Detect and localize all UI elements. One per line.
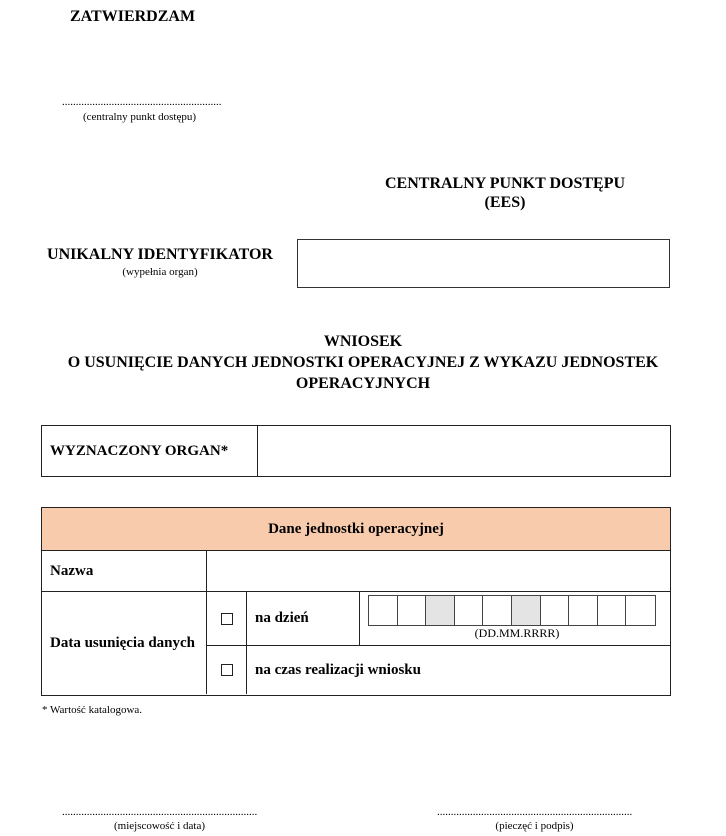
date-separator-box	[512, 596, 541, 625]
date-separator-box	[426, 596, 455, 625]
place-date-caption: (miejscowość i data)	[62, 820, 257, 832]
unit-name-row: Nazwa	[42, 551, 670, 592]
unique-id-label: UNIKALNY IDENTYFIKATOR	[40, 246, 280, 264]
date-digit-box[interactable]	[455, 596, 484, 625]
place-date-line: ........................................…	[62, 806, 257, 818]
unit-data-header: Dane jednostki operacyjnej	[42, 508, 670, 551]
request-title-line3: OPERACYJNYCH	[30, 373, 696, 394]
approval-title: ZATWIERDZAM	[70, 8, 195, 26]
date-digit-box[interactable]	[483, 596, 512, 625]
request-title: WNIOSEK O USUNIĘCIE DANYCH JEDNOSTKI OPE…	[30, 331, 696, 394]
unit-name-field[interactable]	[207, 551, 670, 591]
stamp-signature-line: ........................................…	[437, 806, 632, 818]
option-during-request-label: na czas realizacji wniosku	[247, 646, 670, 694]
deletion-date-options: na dzień (DD.MM.RRRR) na czas realizacji…	[207, 592, 670, 694]
date-digit-box[interactable]	[398, 596, 427, 625]
deletion-date-label: Data usunięcia danych	[42, 592, 207, 694]
footnote: * Wartość katalogowa.	[42, 704, 142, 716]
date-digit-box[interactable]	[369, 596, 398, 625]
designated-authority-table: WYZNACZONY ORGAN*	[41, 425, 671, 477]
unique-id-field[interactable]	[297, 239, 670, 288]
unit-name-label: Nazwa	[42, 551, 207, 591]
date-digit-box[interactable]	[569, 596, 598, 625]
access-point-line2: (EES)	[350, 193, 660, 212]
option-on-date-checkbox-cell[interactable]	[207, 592, 247, 645]
stamp-signature-caption: (pieczęć i podpis)	[437, 820, 632, 832]
date-digit-box[interactable]	[626, 596, 655, 625]
option-during-request-checkbox-cell[interactable]	[207, 646, 247, 694]
option-during-request: na czas realizacji wniosku	[207, 646, 670, 694]
date-input-boxes[interactable]	[368, 595, 656, 626]
approval-signature-line: ........................................…	[62, 96, 222, 108]
checkbox-icon[interactable]	[221, 664, 233, 676]
option-on-date-label: na dzień	[247, 592, 360, 645]
designated-authority-field[interactable]	[258, 426, 670, 476]
access-point-heading: CENTRALNY PUNKT DOSTĘPU (EES)	[350, 174, 660, 212]
request-title-line2: O USUNIĘCIE DANYCH JEDNOSTKI OPERACYJNEJ…	[30, 352, 696, 373]
unique-id-caption: (wypełnia organ)	[40, 266, 280, 278]
date-input-cell: (DD.MM.RRRR)	[360, 592, 670, 645]
access-point-line1: CENTRALNY PUNKT DOSTĘPU	[350, 174, 660, 193]
date-digit-box[interactable]	[598, 596, 627, 625]
unit-data-table: Dane jednostki operacyjnej Nazwa Data us…	[41, 507, 671, 696]
approval-caption: (centralny punkt dostępu)	[62, 111, 217, 123]
date-format-hint: (DD.MM.RRRR)	[368, 626, 666, 641]
request-title-line1: WNIOSEK	[30, 331, 696, 352]
checkbox-icon[interactable]	[221, 613, 233, 625]
option-on-date: na dzień (DD.MM.RRRR)	[207, 592, 670, 646]
designated-authority-label: WYZNACZONY ORGAN*	[42, 426, 258, 476]
deletion-date-row: Data usunięcia danych na dzień (DD.MM.RR…	[42, 592, 670, 694]
date-digit-box[interactable]	[541, 596, 570, 625]
